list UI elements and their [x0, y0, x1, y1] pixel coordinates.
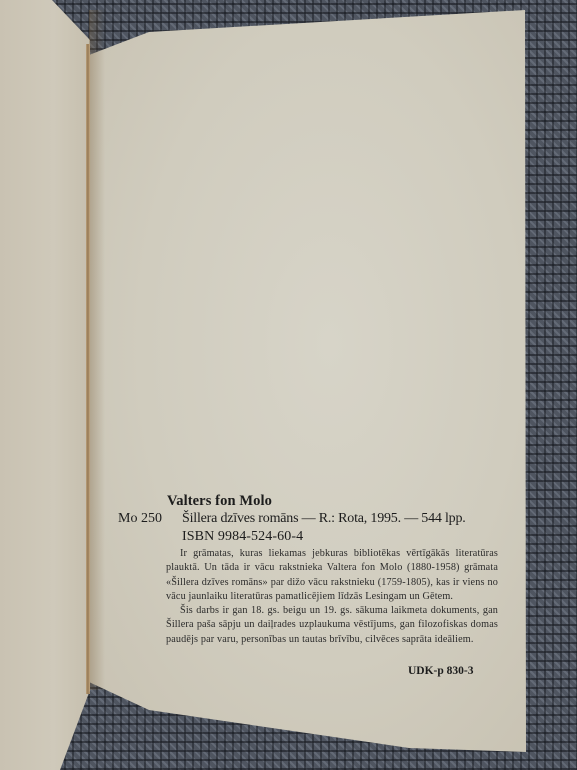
udk-classification: UDK-p 830-3 — [408, 665, 474, 677]
title-publication-line: Šillera dzīves romāns — R.: Rota, 1995. … — [182, 511, 466, 527]
author-name: Valters fon Molo — [167, 493, 272, 510]
catalog-card: Valters fon Molo Mo 250 Šillera dzīves r… — [0, 0, 577, 770]
abstract-paragraph-2: Šis darbs ir gan 18. gs. beigu un 19. gs… — [166, 604, 498, 647]
isbn: ISBN 9984-524-60-4 — [182, 529, 303, 545]
shelfmark: Mo 250 — [118, 511, 162, 527]
abstract: Ir grāmatas, kuras liekamas jebkuras bib… — [166, 547, 498, 647]
abstract-paragraph-1: Ir grāmatas, kuras liekamas jebkuras bib… — [166, 547, 498, 604]
